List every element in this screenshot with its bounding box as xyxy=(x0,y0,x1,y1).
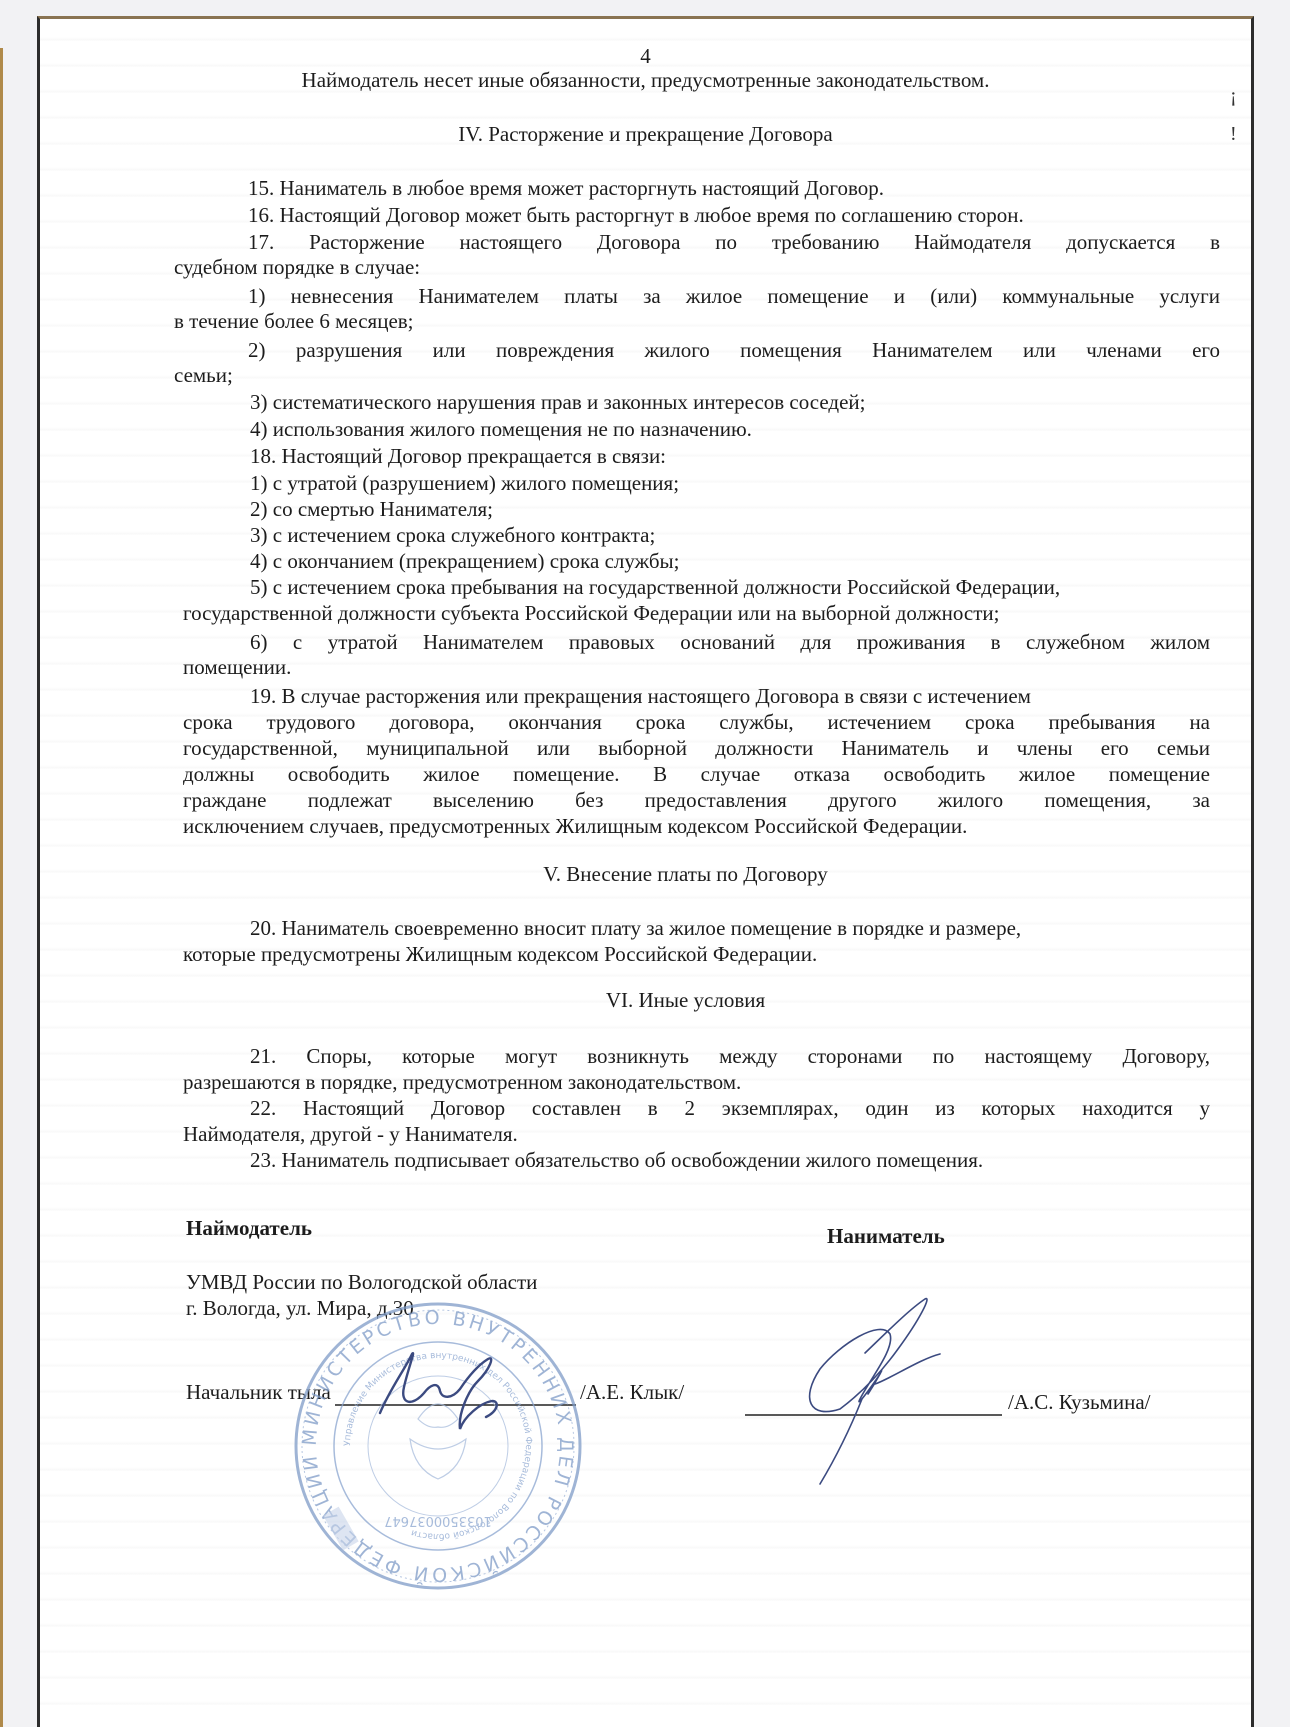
p17-item-1-line-2: в течение более 6 месяцев; xyxy=(174,308,414,335)
p18-item-5-line-2: государственной должности субъекта Росси… xyxy=(183,600,999,627)
paragraph-17-line-1: 17. Расторжение настоящего Договора по т… xyxy=(248,229,1220,256)
paragraph-17-line-2: судебном порядке в случае: xyxy=(174,254,420,281)
paragraph-20-line-1: 20. Наниматель своевременно вносит плату… xyxy=(250,915,1021,942)
paragraph-15: 15. Наниматель в любое время может расто… xyxy=(248,175,884,202)
landlord-address: г. Вологда, ул. Мира, д.30 xyxy=(186,1295,414,1322)
paragraph-21-line-2: разрешаются в порядке, предусмотренном з… xyxy=(183,1069,741,1096)
stamp-inner-text: Управление Министерства внутренних дел Р… xyxy=(343,1351,533,1541)
p18-item-5-line-1: 5) с истечением срока пребывания на госу… xyxy=(250,574,1060,601)
paragraph-22-line-1: 22. Настоящий Договор составлен в 2 экзе… xyxy=(250,1095,1210,1122)
paragraph-19-line-6: исключением случаев, предусмотренных Жил… xyxy=(183,813,967,840)
section-6-title: VI. Иные условия xyxy=(80,987,1254,1014)
tenant-name: /А.С. Кузьмина/ xyxy=(1008,1389,1150,1416)
tenant-heading: Наниматель xyxy=(827,1223,945,1250)
p17-item-2-line-2: семьи; xyxy=(174,362,233,389)
stamp-outer-text: МИНИСТЕРСТВО ВНУТРЕННИХ ДЕЛ РОССИЙСКОЙ Ф… xyxy=(299,1307,577,1586)
tenant-signature xyxy=(810,1299,940,1484)
paragraph-23: 23. Наниматель подписывает обязательство… xyxy=(250,1147,983,1174)
p18-item-3: 3) с истечением срока служебного контрак… xyxy=(250,522,655,549)
landlord-signature xyxy=(380,1353,497,1429)
paragraph-19-line-3: государственной, муниципальной или выбор… xyxy=(183,735,1210,762)
p18-item-2: 2) со смертью Нанимателя; xyxy=(250,496,493,523)
p17-item-2-line-1: 2) разрушения или повреждения жилого пом… xyxy=(248,337,1220,364)
paragraph-22-line-2: Наймодателя, другой - у Нанимателя. xyxy=(183,1121,518,1148)
section-4-title: IV. Расторжение и прекращение Договора xyxy=(40,121,1251,148)
stamp-ogrn: 1033500037647 xyxy=(384,1513,492,1528)
svg-text:МИНИСТЕРСТВО ВНУТРЕННИХ ДЕЛ РО: МИНИСТЕРСТВО ВНУТРЕННИХ ДЕЛ РОССИЙСКОЙ Ф… xyxy=(299,1307,577,1586)
paragraph-19-line-1: 19. В случае расторжения или прекращения… xyxy=(250,683,1031,710)
paragraph-20-line-2: которые предусмотрены Жилищным кодексом … xyxy=(183,941,817,968)
margin-marks: ¡ ! xyxy=(1230,77,1240,153)
p17-item-1-line-1: 1) невнесения Нанимателем платы за жилое… xyxy=(248,283,1220,310)
paragraph-19-line-4: должны освободить жилое помещение. В слу… xyxy=(183,761,1210,788)
paragraph-21-line-1: 21. Споры, которые могут возникнуть межд… xyxy=(250,1043,1210,1070)
paragraph-18: 18. Настоящий Договор прекращается в свя… xyxy=(250,443,666,470)
p18-item-6-line-2: помещении. xyxy=(183,654,291,681)
landlord-heading: Наймодатель xyxy=(186,1215,312,1242)
document-page: 4 Наймодатель несет иные обязанности, пр… xyxy=(37,16,1254,1727)
svg-text:Управление Министерства внутре: Управление Министерства внутренних дел Р… xyxy=(343,1351,533,1541)
section-5-title: V. Внесение платы по Договору xyxy=(80,861,1254,888)
page-number: 4 xyxy=(40,43,1251,70)
p17-item-4: 4) использования жилого помещения не по … xyxy=(250,416,752,443)
p18-item-6-line-1: 6) с утратой Нанимателем правовых основа… xyxy=(250,629,1210,656)
background-page-edge xyxy=(0,48,3,1727)
paragraph-19-line-2: срока трудового договора, окончания срок… xyxy=(183,709,1210,736)
p18-item-1: 1) с утратой (разрушением) жилого помеще… xyxy=(250,470,679,497)
p17-item-3: 3) систематического нарушения прав и зак… xyxy=(250,389,865,416)
landlord-name: /А.Е. Клык/ xyxy=(580,1379,684,1406)
intro-line: Наймодатель несет иные обязанности, пред… xyxy=(40,67,1251,94)
paragraph-16: 16. Настоящий Договор может быть расторг… xyxy=(248,202,1024,229)
p18-item-4: 4) с окончанием (прекращением) срока слу… xyxy=(250,548,679,575)
official-stamp: МИНИСТЕРСТВО ВНУТРЕННИХ ДЕЛ РОССИЙСКОЙ Ф… xyxy=(296,1304,580,1588)
paragraph-19-line-5: граждане подлежат выселению без предоста… xyxy=(183,787,1210,814)
landlord-organization: УМВД России по Вологодской области xyxy=(186,1269,537,1296)
landlord-position: Начальник тыла xyxy=(186,1379,331,1406)
